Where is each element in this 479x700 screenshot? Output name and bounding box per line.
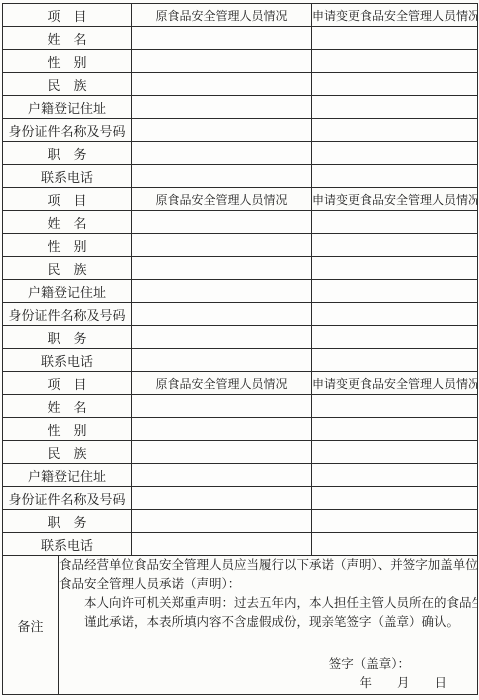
block3-row-gender: 性 别 bbox=[3, 418, 478, 441]
scanned-form-page: 项 目 原食品安全管理人员情况 申请变更食品安全管理人员情况 姓 名 性 别 民… bbox=[0, 3, 479, 700]
block3-row-position: 职 务 bbox=[3, 510, 478, 533]
changed-value-cell bbox=[312, 280, 478, 303]
changed-value-cell bbox=[312, 119, 478, 142]
personnel-change-form-table: 项 目 原食品安全管理人员情况 申请变更食品安全管理人员情况 姓 名 性 别 民… bbox=[2, 3, 478, 695]
field-label-id-document: 身份证件名称及号码 bbox=[3, 487, 132, 510]
original-value-cell bbox=[132, 303, 312, 326]
block3-row-ethnicity: 民 族 bbox=[3, 441, 478, 464]
original-value-cell bbox=[132, 326, 312, 349]
changed-value-cell bbox=[312, 464, 478, 487]
block3-row-registered-address: 户籍登记住址 bbox=[3, 464, 478, 487]
original-value-cell bbox=[132, 441, 312, 464]
original-value-cell bbox=[132, 211, 312, 234]
block2-row-name: 姓 名 bbox=[3, 211, 478, 234]
changed-value-cell bbox=[312, 96, 478, 119]
changed-value-cell bbox=[312, 142, 478, 165]
changed-value-cell bbox=[312, 211, 478, 234]
block2-row-registered-address: 户籍登记住址 bbox=[3, 280, 478, 303]
block2-row-ethnicity: 民 族 bbox=[3, 257, 478, 280]
field-label-position: 职 务 bbox=[3, 326, 132, 349]
changed-value-cell bbox=[312, 487, 478, 510]
changed-value-cell bbox=[312, 165, 478, 188]
changed-value-cell bbox=[312, 73, 478, 96]
field-label-name: 姓 名 bbox=[3, 27, 132, 50]
original-value-cell bbox=[132, 280, 312, 303]
item-header: 项 目 bbox=[3, 188, 132, 211]
original-value-cell bbox=[132, 395, 312, 418]
original-value-cell bbox=[132, 464, 312, 487]
block2-row-position: 职 务 bbox=[3, 326, 478, 349]
field-label-gender: 性 别 bbox=[3, 418, 132, 441]
signature-line: 签字（盖章）： bbox=[59, 655, 477, 674]
remarks-label: 备注 bbox=[3, 556, 59, 695]
block1-row-name: 姓 名 bbox=[3, 27, 478, 50]
remarks-paragraph: 谨此承诺，本表所填内容不含虚假成份，现亲笔签字（盖章）确认。 bbox=[59, 613, 477, 632]
field-label-phone: 联系电话 bbox=[3, 165, 132, 188]
item-header: 项 目 bbox=[3, 4, 132, 27]
block1-row-gender: 性 别 bbox=[3, 50, 478, 73]
block2-row-gender: 性 别 bbox=[3, 234, 478, 257]
field-label-ethnicity: 民 族 bbox=[3, 441, 132, 464]
original-value-cell bbox=[132, 96, 312, 119]
field-label-id-document: 身份证件名称及号码 bbox=[3, 303, 132, 326]
block3-row-id-document: 身份证件名称及号码 bbox=[3, 487, 478, 510]
item-header: 项 目 bbox=[3, 372, 132, 395]
field-label-registered-address: 户籍登记住址 bbox=[3, 464, 132, 487]
block3-header-row: 项 目 原食品安全管理人员情况 申请变更食品安全管理人员情况 bbox=[3, 372, 478, 395]
changed-personnel-header: 申请变更食品安全管理人员情况 bbox=[312, 4, 478, 27]
original-value-cell bbox=[132, 165, 312, 188]
changed-personnel-header: 申请变更食品安全管理人员情况 bbox=[312, 372, 478, 395]
changed-value-cell bbox=[312, 349, 478, 372]
field-label-phone: 联系电话 bbox=[3, 349, 132, 372]
field-label-position: 职 务 bbox=[3, 142, 132, 165]
block1-row-ethnicity: 民 族 bbox=[3, 73, 478, 96]
block3-row-name: 姓 名 bbox=[3, 395, 478, 418]
changed-value-cell bbox=[312, 418, 478, 441]
field-label-phone: 联系电话 bbox=[3, 533, 132, 556]
remarks-paragraph: 食品安全管理人员承诺（声明）： bbox=[59, 575, 477, 594]
date-line: 年 月 日 bbox=[59, 674, 477, 693]
block1-row-phone: 联系电话 bbox=[3, 165, 478, 188]
original-value-cell bbox=[132, 27, 312, 50]
changed-value-cell bbox=[312, 234, 478, 257]
remarks-paragraph: 食品经营单位食品安全管理人员应当履行以下承诺（声明）、并签字加盖单位公章。 bbox=[59, 556, 477, 575]
field-label-gender: 性 别 bbox=[3, 234, 132, 257]
block2-row-phone: 联系电话 bbox=[3, 349, 478, 372]
field-label-name: 姓 名 bbox=[3, 395, 132, 418]
changed-personnel-header: 申请变更食品安全管理人员情况 bbox=[312, 188, 478, 211]
original-personnel-header: 原食品安全管理人员情况 bbox=[132, 372, 312, 395]
changed-value-cell bbox=[312, 326, 478, 349]
remarks-row: 备注 食品经营单位食品安全管理人员应当履行以下承诺（声明）、并签字加盖单位公章。… bbox=[3, 556, 478, 695]
field-label-registered-address: 户籍登记住址 bbox=[3, 280, 132, 303]
block1-header-row: 项 目 原食品安全管理人员情况 申请变更食品安全管理人员情况 bbox=[3, 4, 478, 27]
changed-value-cell bbox=[312, 441, 478, 464]
remarks-paragraph: 本人向许可机关郑重声明：过去五年内，本人担任主管人员所在的食品生产经营单位，不存… bbox=[59, 594, 477, 613]
field-label-gender: 性 别 bbox=[3, 50, 132, 73]
original-value-cell bbox=[132, 257, 312, 280]
field-label-name: 姓 名 bbox=[3, 211, 132, 234]
block3-row-phone: 联系电话 bbox=[3, 533, 478, 556]
original-value-cell bbox=[132, 487, 312, 510]
changed-value-cell bbox=[312, 257, 478, 280]
block2-header-row: 项 目 原食品安全管理人员情况 申请变更食品安全管理人员情况 bbox=[3, 188, 478, 211]
block1-row-id-document: 身份证件名称及号码 bbox=[3, 119, 478, 142]
changed-value-cell bbox=[312, 303, 478, 326]
original-value-cell bbox=[132, 50, 312, 73]
field-label-id-document: 身份证件名称及号码 bbox=[3, 119, 132, 142]
original-value-cell bbox=[132, 73, 312, 96]
changed-value-cell bbox=[312, 395, 478, 418]
original-personnel-header: 原食品安全管理人员情况 bbox=[132, 4, 312, 27]
original-personnel-header: 原食品安全管理人员情况 bbox=[132, 188, 312, 211]
original-value-cell bbox=[132, 418, 312, 441]
changed-value-cell bbox=[312, 50, 478, 73]
remarks-content: 食品经营单位食品安全管理人员应当履行以下承诺（声明）、并签字加盖单位公章。 食品… bbox=[59, 556, 478, 695]
changed-value-cell bbox=[312, 510, 478, 533]
original-value-cell bbox=[132, 234, 312, 257]
block1-row-registered-address: 户籍登记住址 bbox=[3, 96, 478, 119]
field-label-ethnicity: 民 族 bbox=[3, 73, 132, 96]
changed-value-cell bbox=[312, 533, 478, 556]
field-label-position: 职 务 bbox=[3, 510, 132, 533]
block1-row-position: 职 务 bbox=[3, 142, 478, 165]
original-value-cell bbox=[132, 533, 312, 556]
block2-row-id-document: 身份证件名称及号码 bbox=[3, 303, 478, 326]
field-label-registered-address: 户籍登记住址 bbox=[3, 96, 132, 119]
original-value-cell bbox=[132, 142, 312, 165]
field-label-ethnicity: 民 族 bbox=[3, 257, 132, 280]
changed-value-cell bbox=[312, 27, 478, 50]
original-value-cell bbox=[132, 349, 312, 372]
original-value-cell bbox=[132, 510, 312, 533]
original-value-cell bbox=[132, 119, 312, 142]
